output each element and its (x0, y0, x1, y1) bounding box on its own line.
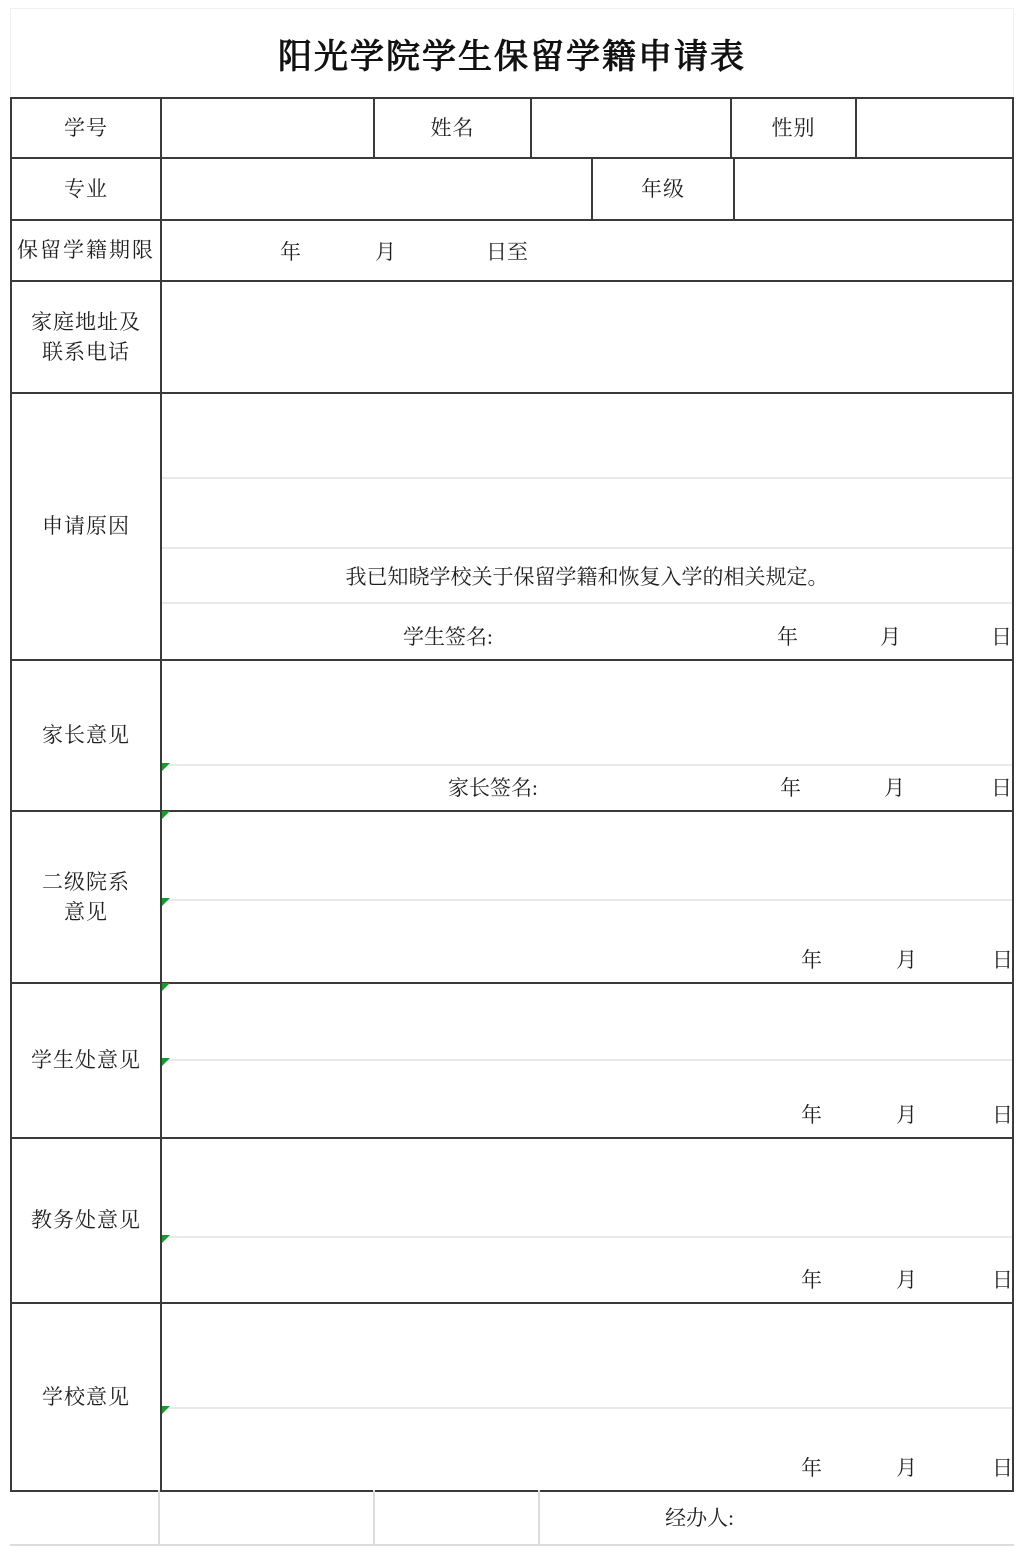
day-unit: 日 (992, 1099, 1013, 1129)
student-id-label: 学号 (12, 99, 160, 157)
department-opinion-label-line2: 意见 (64, 900, 108, 924)
academic-affairs-opinion-label: 教务处意见 (12, 1139, 160, 1302)
comment-marker-icon (162, 1235, 170, 1243)
name-field[interactable] (530, 99, 730, 157)
footer-cell-5[interactable] (859, 1490, 1014, 1544)
month-unit: 月 (896, 1452, 917, 1482)
row-basic-info-2: 专业 年级 (12, 157, 1012, 219)
comment-marker-icon (162, 983, 170, 991)
month-unit: 月 (884, 772, 905, 802)
department-opinion-text-area[interactable] (162, 812, 1012, 899)
department-opinion-label-text: 二级院系意见 (42, 867, 130, 928)
month-unit: 月 (880, 621, 901, 651)
section-parent-opinion: 家长意见 家长签名: 年 月 日 (12, 659, 1012, 810)
day-unit: 日 (992, 944, 1013, 974)
school-date-row: 年 月 日 (162, 1407, 1012, 1490)
school-opinion-text-area[interactable] (162, 1304, 1012, 1407)
gender-label: 性别 (730, 99, 855, 157)
student-signature-row: 学生签名: 年 月 日 (162, 602, 1012, 659)
parent-signature-label: 家长签名: (448, 772, 538, 802)
application-reason-content: 我已知晓学校关于保留学籍和恢复入学的相关规定。 学生签名: 年 月 日 (160, 394, 1012, 659)
footer-cell-3[interactable] (375, 1490, 540, 1544)
student-affairs-text-area[interactable] (162, 984, 1012, 1059)
parent-signature-row: 家长签名: 年 月 日 (162, 764, 1012, 810)
department-opinion-content: 年 月 日 (160, 812, 1012, 982)
day-to-unit: 日至 (486, 236, 528, 266)
academic-affairs-text-area[interactable] (162, 1139, 1012, 1236)
year-unit: 年 (801, 1452, 822, 1482)
reason-text-area-2[interactable] (162, 477, 1012, 547)
student-signature-label: 学生签名: (403, 621, 493, 651)
comment-marker-icon (162, 763, 170, 771)
retention-period-field[interactable]: 年 月 日至 (160, 221, 1012, 280)
row-home-address: 家庭地址及联系电话 (12, 280, 1012, 392)
handler-label: 经办人: (665, 1502, 734, 1532)
school-opinion-content: 年 月 日 (160, 1304, 1012, 1490)
application-form-table: 学号 姓名 性别 专业 年级 保留学籍期限 年 月 日至 家庭地址及 (10, 97, 1014, 1492)
year-unit: 年 (801, 1099, 822, 1129)
form-title-block: 阳光学院学生保留学籍申请表 (10, 8, 1014, 97)
section-school-opinion: 学校意见 年 月 日 (12, 1302, 1012, 1490)
home-address-label-line2: 联系电话 (42, 340, 130, 364)
footer-cell-2[interactable] (160, 1490, 375, 1544)
retention-period-label: 保留学籍期限 (12, 221, 160, 280)
student-affairs-opinion-label: 学生处意见 (12, 984, 160, 1137)
acknowledgement-row: 我已知晓学校关于保留学籍和恢复入学的相关规定。 (162, 547, 1012, 602)
home-address-label-text: 家庭地址及联系电话 (31, 307, 141, 368)
department-date-row: 年 月 日 (162, 899, 1012, 982)
year-unit: 年 (280, 236, 301, 266)
month-unit: 月 (896, 944, 917, 974)
month-unit: 月 (375, 236, 396, 266)
student-id-field[interactable] (160, 99, 373, 157)
acknowledgement-text: 我已知晓学校关于保留学籍和恢复入学的相关规定。 (346, 561, 829, 591)
department-opinion-label-line1: 二级院系 (42, 870, 130, 894)
handler-cell[interactable]: 经办人: (540, 1490, 859, 1544)
major-label: 专业 (12, 159, 160, 219)
day-unit: 日 (992, 1452, 1013, 1482)
month-unit: 月 (896, 1264, 917, 1294)
student-affairs-date-row: 年 月 日 (162, 1059, 1012, 1137)
academic-affairs-opinion-content: 年 月 日 (160, 1139, 1012, 1302)
parent-opinion-content: 家长签名: 年 月 日 (160, 661, 1012, 810)
gender-field[interactable] (855, 99, 1012, 157)
name-label: 姓名 (373, 99, 530, 157)
year-unit: 年 (777, 621, 798, 651)
day-unit: 日 (992, 1264, 1013, 1294)
year-unit: 年 (780, 772, 801, 802)
month-unit: 月 (896, 1099, 917, 1129)
comment-marker-icon (162, 1058, 170, 1066)
home-address-field[interactable] (160, 282, 1012, 392)
section-application-reason: 申请原因 我已知晓学校关于保留学籍和恢复入学的相关规定。 学生签名: 年 月 日 (12, 392, 1012, 659)
comment-marker-icon (162, 898, 170, 906)
parent-opinion-label: 家长意见 (12, 661, 160, 810)
parent-opinion-text-area[interactable] (162, 661, 1012, 764)
major-field[interactable] (160, 159, 591, 219)
footer-row: 经办人: (10, 1490, 1014, 1546)
row-retention-period: 保留学籍期限 年 月 日至 (12, 219, 1012, 280)
grade-label: 年级 (591, 159, 733, 219)
comment-marker-icon (162, 1406, 170, 1414)
school-opinion-label: 学校意见 (12, 1304, 160, 1490)
footer-cell-1[interactable] (10, 1490, 160, 1544)
grade-field[interactable] (733, 159, 1012, 219)
page-title: 阳光学院学生保留学籍申请表 (278, 29, 746, 78)
section-academic-affairs-opinion: 教务处意见 年 月 日 (12, 1137, 1012, 1302)
year-unit: 年 (801, 944, 822, 974)
year-unit: 年 (801, 1264, 822, 1294)
row-basic-info-1: 学号 姓名 性别 (12, 99, 1012, 157)
department-opinion-label: 二级院系意见 (12, 812, 160, 982)
day-unit: 日 (991, 772, 1012, 802)
reason-text-area[interactable] (162, 394, 1012, 477)
home-address-label-line1: 家庭地址及 (31, 310, 141, 334)
student-affairs-opinion-content: 年 月 日 (160, 984, 1012, 1137)
day-unit: 日 (991, 621, 1012, 651)
application-reason-label: 申请原因 (12, 394, 160, 659)
section-department-opinion: 二级院系意见 年 月 日 (12, 810, 1012, 982)
comment-marker-icon (162, 811, 170, 819)
home-address-label: 家庭地址及联系电话 (12, 282, 160, 392)
academic-affairs-date-row: 年 月 日 (162, 1236, 1012, 1302)
application-form-page: 阳光学院学生保留学籍申请表 学号 姓名 性别 专业 年级 保留学籍期限 年 月 … (0, 0, 1024, 1553)
